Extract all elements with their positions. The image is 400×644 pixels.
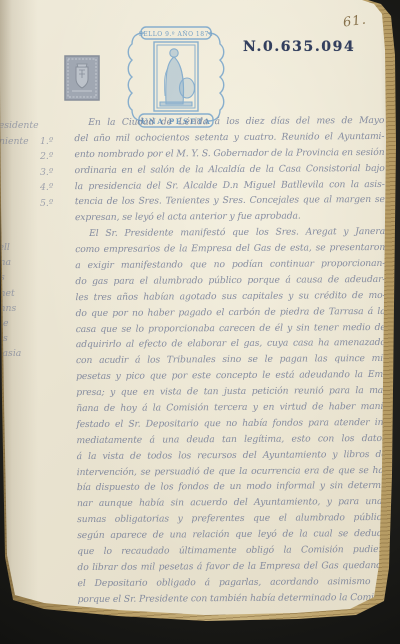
manuscript-line: do que por no haber pagado el carbón de … [76,304,386,322]
margin-name: lue [0,316,58,331]
attendee-ordinal: 2.º [40,149,53,165]
folio-number: 61. [342,12,368,30]
margin-name: m [0,362,58,377]
stamp-header-label: SELLO 9.º AÑO 1874 [139,30,213,38]
manuscript-line: les tres años habían agotado sus capital… [75,288,385,306]
margin-name: anet [0,286,58,301]
manuscript-line: ento nombrado por el M. Y. S. Gobernador… [74,145,384,163]
margin-attendee-row: id. 3.º [0,165,66,181]
coat-of-arms-icon [64,55,100,101]
photo-background: 61. N.0.635.094 [0,0,400,644]
margin-name: uis [0,331,58,346]
margin-attendee-row: Presidente [0,118,66,134]
manuscript-line: festado el Sr. Depositario que no había … [76,415,386,433]
manuscript-text-block: En la Ciudad de Lérida á los diez días d… [74,113,388,620]
attendee-ordinal: 5.º [40,196,53,212]
manuscript-line: ordinaria en el salón de la Alcaldía de … [75,161,385,179]
margin-name: rell [0,240,58,255]
manuscript-line: tencia de los Sres. Tenientes y Sres. Co… [75,192,385,210]
margin-attendees-list: Presidente Teniente 1.º id. 2.º id. 3.º … [0,118,66,211]
manuscript-line: el Depositario obligado á pagarlas, acor… [77,574,387,592]
attendee-label: Presidente [0,118,39,134]
attendee-ordinal: 1.º [40,134,53,150]
allegory-figure-icon [160,49,195,106]
manuscript-page: 61. N.0.635.094 [0,0,400,644]
war-tax-stamp [64,55,100,101]
serial-number: N.0.635.094 [243,39,355,55]
attendee-ordinal: 4.º [40,180,53,196]
attendee-ordinal: 3.º [40,165,53,181]
manuscript-line: mediatamente á una deuda tan legítima, e… [76,431,386,449]
margin-name: alasia [0,346,58,361]
margin-attendee-row: Teniente 1.º [0,134,66,150]
margin-name: ena [0,255,58,270]
attendee-label: Teniente [0,134,29,150]
margin-names-list: rellenansanetannslueuisalasiames [0,240,58,392]
margin-name: ns [0,270,58,285]
manuscript-line: á la vista de todos los recursos del Ayu… [77,447,387,465]
margin-attendee-row: id. 5.º [0,196,66,212]
manuscript-line: do gas para el alumbrado público porque … [75,272,385,290]
margin-name: es [0,377,58,392]
margin-attendee-row: id. 2.º [0,149,66,165]
manuscript-line: porque el Sr. Presidente con también hab… [78,590,388,608]
manuscript-line: do librar dos mil pesetas á favor de la … [77,558,387,576]
manuscript-line: del año mil ochocientos setenta y cuatro… [74,129,384,147]
margin-name: anns [0,301,58,316]
margin-attendee-row: id. 4.º [0,180,66,196]
